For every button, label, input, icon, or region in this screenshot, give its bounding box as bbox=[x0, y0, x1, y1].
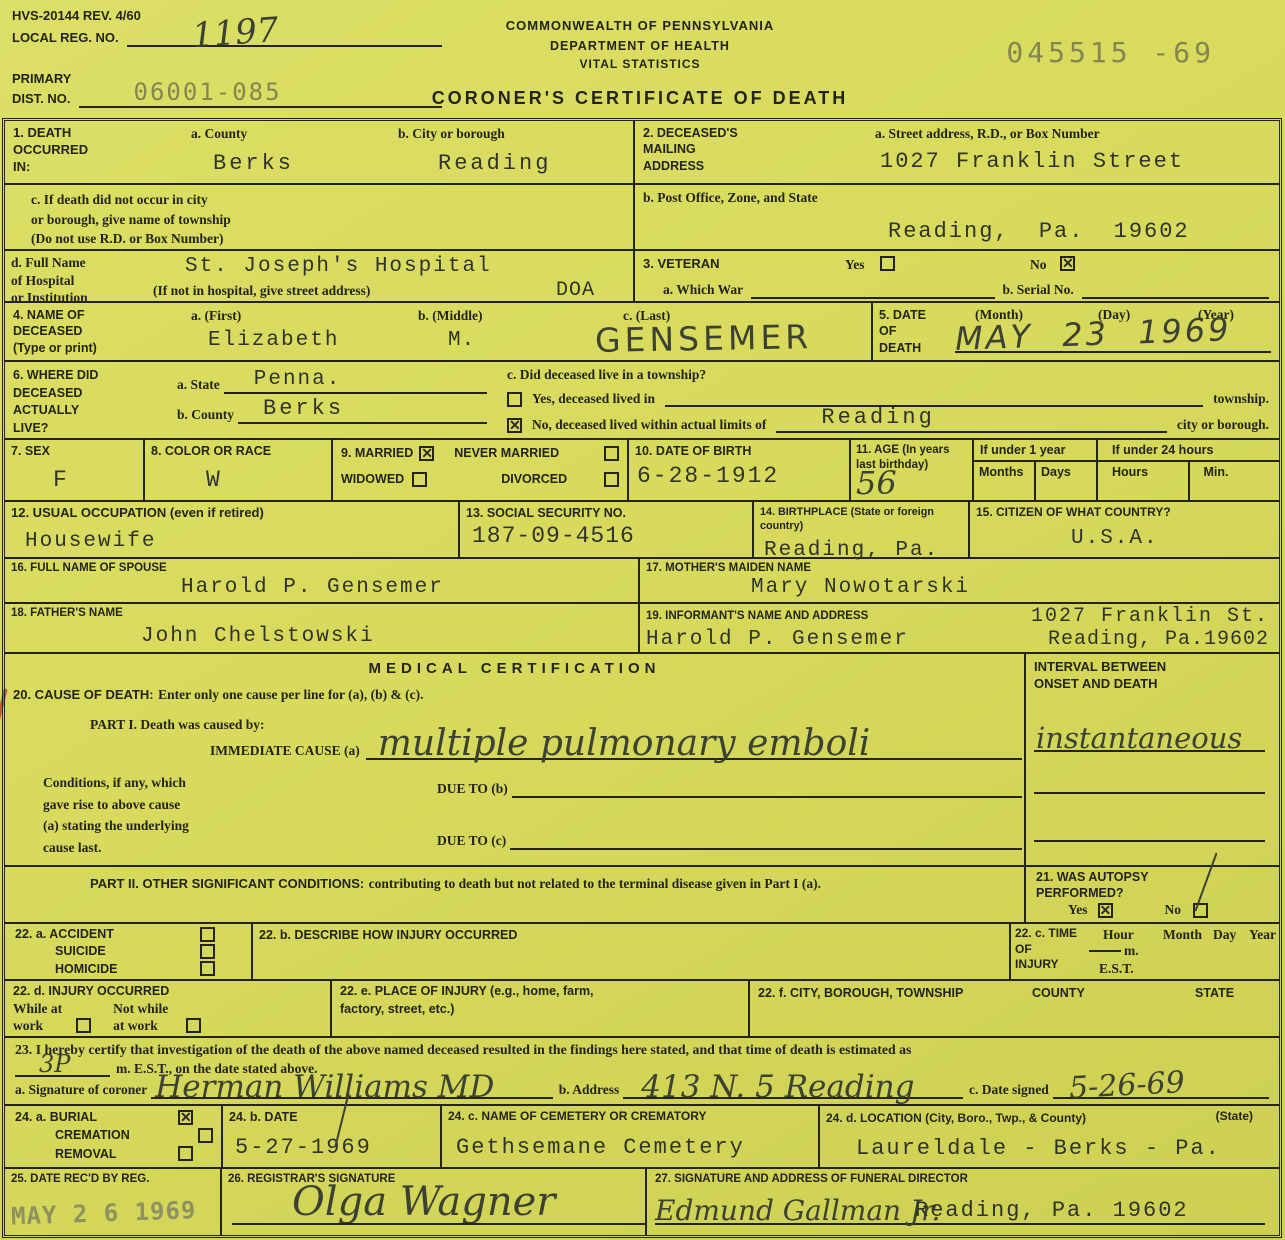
veteran-no-checkbox bbox=[1060, 256, 1075, 271]
city-value: Reading bbox=[438, 151, 633, 176]
funeral-director-label: 27. SIGNATURE AND ADDRESS OF FUNERAL DIR… bbox=[655, 1172, 1271, 1187]
accident-label: 22. a. ACCIDENT bbox=[15, 926, 114, 942]
box-22a-manner: 22. a. ACCIDENT SUICIDE HOMICIDE bbox=[5, 924, 253, 979]
veteran-label: 3. VETERAN bbox=[643, 256, 720, 271]
box1-county-col: a. County Berks bbox=[173, 121, 398, 183]
date-of-death-line bbox=[955, 351, 1271, 353]
box-10-date-of-birth: 10. DATE OF BIRTH 6-28-1912 bbox=[629, 440, 851, 500]
post-office-value: Reading, Pa. 19602 bbox=[888, 219, 1271, 244]
burial-label: 24. a. BURIAL bbox=[15, 1109, 97, 1125]
married-label: 9. MARRIED bbox=[341, 445, 413, 461]
row-22abc: 22. a. ACCIDENT SUICIDE HOMICIDE 22. b. … bbox=[5, 924, 1279, 981]
citizen-label: 15. CITIZEN OF WHAT COUNTRY? bbox=[976, 505, 1273, 521]
row-medical-certification: MEDICAL CERTIFICATION 20. CAUSE OF DEATH… bbox=[5, 654, 1279, 867]
race-label: 8. COLOR OR RACE bbox=[151, 443, 325, 459]
org-line-3: VITAL STATISTICS bbox=[400, 57, 880, 73]
autopsy-yes-checkbox bbox=[1098, 903, 1113, 918]
box-17-mother: 17. MOTHER'S MAIDEN NAME Mary Nowotarski bbox=[640, 559, 1279, 602]
hours-label: Hours bbox=[1098, 462, 1190, 500]
removal-line: REMOVAL bbox=[55, 1146, 193, 1162]
row-name-date-of-death: 4. NAME OF DECEASED (Type or print) a. (… bbox=[5, 303, 1279, 362]
box-under-24-hours: If under 24 hours Hours Min. bbox=[1098, 440, 1279, 500]
burial-date-label: 24. b. DATE bbox=[229, 1109, 434, 1125]
burial-checkbox bbox=[178, 1110, 193, 1125]
box-24d-location: 24. d. LOCATION (City, Boro., Twp., & Co… bbox=[820, 1106, 1279, 1167]
widowed-label: WIDOWED bbox=[341, 471, 404, 487]
row-22def: 22. d. INJURY OCCURRED While at work Not… bbox=[5, 981, 1279, 1038]
serial-no-label: b. Serial No. bbox=[1003, 281, 1074, 299]
box-5-date-of-death: 5. DATE OF DEATH (Month) (Day) (Year) MA… bbox=[873, 303, 1279, 360]
cemetery-label: 24. c. NAME OF CEMETERY OR CREMATORY bbox=[448, 1109, 812, 1125]
not-while-at-work-checkbox bbox=[186, 1018, 201, 1033]
row-death-occurred: 1. DEATH OCCURRED IN: a. County Berks b.… bbox=[5, 121, 1279, 303]
document-title: CORONER'S CERTIFICATE OF DEATH bbox=[400, 87, 880, 110]
homicide-line: HOMICIDE bbox=[55, 961, 215, 977]
year-col-label: Year bbox=[1249, 926, 1276, 944]
date-received-label: 25. DATE REC'D BY REG. bbox=[11, 1172, 214, 1187]
certify-time-line: 3P bbox=[15, 1063, 110, 1077]
box4-label: 4. NAME OF DECEASED (Type or print) bbox=[5, 303, 173, 360]
interval-label: INTERVAL BETWEEN ONSET AND DEATH bbox=[1034, 659, 1271, 693]
box-24c-cemetery: 24. c. NAME OF CEMETERY OR CREMATORY Get… bbox=[442, 1106, 820, 1167]
cremation-label: CREMATION bbox=[55, 1127, 130, 1143]
married-checkbox bbox=[419, 446, 434, 461]
cremation-checkbox bbox=[198, 1128, 213, 1143]
box-24b-date: 24. b. DATE 5-27-1969 bbox=[223, 1106, 442, 1167]
dist-no-row: DIST. NO. 06001-085 bbox=[12, 90, 442, 108]
time-of-injury-label: 22. c. TIME OF INJURY bbox=[1015, 926, 1077, 973]
informant-address-line2: Reading, Pa.19602 bbox=[1048, 628, 1269, 651]
due-to-b-row: DUE TO (b) bbox=[437, 780, 1022, 798]
due-to-b-label: DUE TO (b) bbox=[437, 780, 508, 798]
registrar-signature-line bbox=[232, 1223, 645, 1225]
box-1-death-occurred-in: 1. DEATH OCCURRED IN: a. County Berks b.… bbox=[5, 121, 635, 301]
header-center: COMMONWEALTH OF PENNSYLVANIA DEPARTMENT … bbox=[400, 18, 880, 110]
middle-name-col: b. (Middle) M. bbox=[418, 303, 593, 360]
dob-label: 10. DATE OF BIRTH bbox=[635, 443, 843, 459]
state-value: Penna. bbox=[254, 368, 342, 391]
coroner-address-label: b. Address bbox=[559, 1081, 620, 1099]
box1-county-city-row: 1. DEATH OCCURRED IN: a. County Berks b.… bbox=[5, 121, 633, 183]
citizen-value: U.S.A. bbox=[1071, 527, 1273, 550]
township-no-label: No, deceased lived within actual limits … bbox=[532, 416, 766, 434]
under-24-hours-label: If under 24 hours bbox=[1098, 440, 1279, 462]
widowed-checkbox bbox=[412, 472, 427, 487]
box2-post-row: b. Post Office, Zone, and State Reading,… bbox=[635, 183, 1279, 249]
coroner-address-line: 413 N. 5 Reading bbox=[623, 1083, 963, 1099]
divorced-label: DIVORCED bbox=[501, 471, 567, 487]
registrar-signature-handwritten: Olga Wagner bbox=[292, 1179, 555, 1225]
sex-label: 7. SEX bbox=[11, 443, 137, 459]
row-24-burial: 24. a. BURIAL CREMATION REMOVAL 24. b. D… bbox=[5, 1106, 1279, 1169]
box2-street-col: a. Street address, R.D., or Box Number 1… bbox=[800, 121, 1279, 183]
min-label: Min. bbox=[1190, 462, 1280, 500]
location-value: Laureldale - Berks - Pa. bbox=[856, 1136, 1273, 1161]
ssn-label: 13. SOCIAL SECURITY NO. bbox=[466, 505, 746, 521]
accident-checkbox bbox=[200, 927, 215, 942]
marital-row-2: WIDOWED DIVORCED bbox=[341, 471, 619, 487]
autopsy-no-label: No bbox=[1165, 901, 1182, 919]
while-at-work-checkbox bbox=[76, 1018, 91, 1033]
coroner-signature-handwritten: Herman Williams MD bbox=[155, 1069, 494, 1105]
immediate-cause-row: IMMEDIATE CAUSE (a) multiple pulmonary e… bbox=[210, 740, 1022, 760]
header-left: HVS-20144 REV. 4/60 LOCAL REG. NO. 1197 … bbox=[12, 8, 442, 108]
box6-county-label: b. County bbox=[177, 406, 234, 424]
box-6-where-lived: 6. WHERE DID DECEASED ACTUALLY LIVE? a. … bbox=[5, 362, 1279, 438]
while-at-work-label: While at work bbox=[13, 1001, 62, 1035]
state-row: a. State Penna. bbox=[177, 376, 487, 394]
box-25-date-received: 25. DATE REC'D BY REG. MAY 2 6 1969 bbox=[5, 1169, 222, 1235]
box-11-age: 11. AGE (In years last birthday) 56 bbox=[851, 440, 974, 500]
immediate-cause-line: multiple pulmonary emboli bbox=[366, 740, 1022, 760]
coroner-signature-row: a. Signature of coroner Herman Williams … bbox=[15, 1081, 1269, 1101]
interval-line-1: instantaneous bbox=[1034, 730, 1265, 752]
box1-city-col: b. City or borough Reading bbox=[398, 121, 633, 183]
box-22b-how-injury: 22. b. DESCRIBE HOW INJURY OCCURRED bbox=[253, 924, 1011, 979]
cause-of-death-note: Enter only one cause per line for (a), (… bbox=[158, 687, 423, 702]
box1-township-note-row: c. If death did not occur in city or bor… bbox=[5, 183, 633, 249]
conditions-note: Conditions, if any, which gave rise to a… bbox=[43, 772, 189, 858]
due-to-c-label: DUE TO (c) bbox=[437, 832, 506, 850]
box2-label: 2. DECEASED'S MAILING ADDRESS bbox=[635, 121, 800, 183]
state-col-label: STATE bbox=[1195, 985, 1234, 1001]
row-father-informant: 18. FATHER'S NAME John Chelstowski 19. I… bbox=[5, 604, 1279, 654]
race-value: W bbox=[206, 467, 325, 493]
box3-veteran-row: 3. VETERAN Yes No a. Which War b. Serial… bbox=[635, 249, 1279, 303]
state-label: a. State bbox=[177, 376, 220, 394]
box-13-ssn: 13. SOCIAL SECURITY NO. 187-09-4516 bbox=[460, 502, 754, 557]
box6-county-value: Berks bbox=[263, 396, 344, 421]
township-suffix: township. bbox=[1213, 390, 1269, 408]
father-value: John Chelstowski bbox=[141, 625, 632, 648]
township-no-value: Reading bbox=[821, 405, 934, 430]
county-label: a. County bbox=[191, 125, 398, 143]
box1-label: 1. DEATH OCCURRED IN: bbox=[5, 121, 173, 183]
county-value: Berks bbox=[213, 151, 398, 176]
immediate-cause-label: IMMEDIATE CAUSE (a) bbox=[210, 742, 360, 760]
injury-occurred-label: 22. d. INJURY OCCURRED bbox=[13, 983, 322, 999]
month-col-label: Month bbox=[1163, 926, 1202, 944]
box-4-name-of-deceased: 4. NAME OF DECEASED (Type or print) a. (… bbox=[5, 303, 873, 360]
marital-row-1: 9. MARRIED NEVER MARRIED bbox=[341, 445, 619, 461]
immediate-cause-handwritten: multiple pulmonary emboli bbox=[378, 723, 871, 764]
sex-value: F bbox=[53, 467, 137, 493]
form-body: 1. DEATH OCCURRED IN: a. County Berks b.… bbox=[2, 118, 1282, 1238]
part1-label: PART I. Death was caused by: bbox=[90, 716, 265, 734]
interval-line-2 bbox=[1034, 792, 1265, 794]
not-while-at-work-label: Not while at work bbox=[113, 1001, 168, 1035]
first-name-label: a. (First) bbox=[191, 307, 418, 325]
local-reg-line: 1197 bbox=[127, 29, 442, 47]
ssn-value: 187-09-4516 bbox=[472, 523, 746, 549]
removal-checkbox bbox=[178, 1146, 193, 1161]
est-label: E.S.T. bbox=[1099, 960, 1134, 978]
local-reg-row: LOCAL REG. NO. 1197 bbox=[12, 29, 442, 47]
row-part2-autopsy: PART II. OTHER SIGNIFICANT CONDITIONS: c… bbox=[5, 867, 1279, 924]
local-reg-label: LOCAL REG. NO. bbox=[12, 30, 119, 47]
death-certificate-document: HVS-20144 REV. 4/60 LOCAL REG. NO. 1197 … bbox=[0, 0, 1285, 1240]
box-22f-city-county-state: 22. f. CITY, BOROUGH, TOWNSHIP COUNTY ST… bbox=[750, 981, 1279, 1036]
box1-hospital-row: d. Full Name of Hospital or Institution … bbox=[5, 249, 633, 303]
state-line: Penna. bbox=[224, 376, 487, 394]
day-col-label: Day bbox=[1213, 926, 1236, 944]
accident-line: 22. a. ACCIDENT bbox=[15, 926, 215, 942]
part2-conditions: PART II. OTHER SIGNIFICANT CONDITIONS: c… bbox=[5, 867, 1026, 922]
homicide-label: HOMICIDE bbox=[55, 961, 118, 977]
coroner-signature-label: a. Signature of coroner bbox=[15, 1081, 147, 1099]
township-no-checkbox bbox=[507, 418, 522, 433]
city-suffix: city or borough. bbox=[1177, 416, 1269, 434]
interval-value-handwritten: instantaneous bbox=[1036, 721, 1242, 755]
veteran-no-label: No bbox=[1030, 256, 1047, 274]
post-office-label: b. Post Office, Zone, and State bbox=[643, 189, 1271, 207]
burial-line: 24. a. BURIAL bbox=[15, 1109, 193, 1125]
hospital-value: St. Joseph's Hospital bbox=[185, 255, 492, 278]
under-24-hours-cols: Hours Min. bbox=[1098, 462, 1279, 500]
row-where-lived: 6. WHERE DID DECEASED ACTUALLY LIVE? a. … bbox=[5, 362, 1279, 440]
autopsy-answer-row: Yes No bbox=[1068, 901, 1269, 919]
hospital-note: (If not in hospital, give street address… bbox=[153, 282, 370, 300]
months-label: Months bbox=[974, 462, 1036, 500]
row-25-27-registration: 25. DATE REC'D BY REG. MAY 2 6 1969 26. … bbox=[5, 1169, 1279, 1235]
injury-occurred-options: While at work Not while at work bbox=[13, 1001, 322, 1035]
place-of-injury-label: 22. e. PLACE OF INJURY (e.g., home, farm… bbox=[340, 983, 740, 1018]
days-label: Days bbox=[1036, 462, 1096, 500]
local-reg-number-handwritten: 1197 bbox=[190, 10, 279, 56]
which-war-line bbox=[751, 285, 994, 299]
box-19-informant: 19. INFORMANT'S NAME AND ADDRESS 1027 Fr… bbox=[640, 604, 1279, 652]
serial-no-line bbox=[1082, 285, 1269, 299]
box-14-birthplace: 14. BIRTHPLACE (State or foreign country… bbox=[754, 502, 970, 557]
city-borough-township-label: 22. f. CITY, BOROUGH, TOWNSHIP bbox=[758, 985, 963, 1001]
box-21-autopsy: 21. WAS AUTOPSY PERFORMED? Yes No bbox=[1026, 867, 1279, 922]
box-22d-injury-occurred: 22. d. INJURY OCCURRED While at work Not… bbox=[5, 981, 332, 1036]
box6-state-county-col: a. State Penna. b. County Berks bbox=[177, 362, 497, 438]
informant-name-value: Harold P. Gensemer bbox=[646, 628, 909, 651]
coroner-signature-line: Herman Williams MD bbox=[151, 1083, 552, 1099]
doa-value: DOA bbox=[556, 279, 595, 302]
suicide-line: SUICIDE bbox=[55, 943, 215, 959]
middle-name-label: b. (Middle) bbox=[418, 307, 593, 325]
city-label: b. City or borough bbox=[398, 125, 633, 143]
last-name-handwritten: GENSEMER bbox=[595, 317, 813, 360]
box-interval-onset-death: INTERVAL BETWEEN ONSET AND DEATH instant… bbox=[1026, 654, 1279, 865]
township-no-row: No, deceased lived within actual limits … bbox=[507, 413, 1269, 433]
suicide-checkbox bbox=[200, 944, 215, 959]
dist-no-line: 06001-085 bbox=[79, 90, 442, 108]
hospital-label: d. Full Name of Hospital or Institution bbox=[11, 254, 161, 307]
box-8-color-race: 8. COLOR OR RACE W bbox=[145, 440, 333, 500]
divorced-checkbox bbox=[604, 472, 619, 487]
box-22e-place-of-injury: 22. e. PLACE OF INJURY (e.g., home, farm… bbox=[332, 981, 750, 1036]
under-1-year-cols: Months Days bbox=[974, 462, 1096, 500]
never-married-label: NEVER MARRIED bbox=[454, 445, 559, 461]
cemetery-value: Gethsemane Cemetery bbox=[456, 1135, 812, 1160]
box-2-3-container: 2. DECEASED'S MAILING ADDRESS a. Street … bbox=[635, 121, 1279, 301]
row-spouse-mother: 16. FULL NAME OF SPOUSE Harold P. Gensem… bbox=[5, 559, 1279, 604]
autopsy-label: 21. WAS AUTOPSY PERFORMED? bbox=[1034, 869, 1271, 902]
burial-date-value: 5-27-1969 bbox=[235, 1135, 434, 1160]
which-war-label: a. Which War bbox=[663, 281, 743, 299]
interval-line-3 bbox=[1034, 840, 1265, 842]
middle-name-value: M. bbox=[448, 329, 593, 352]
box-under-1-year: If under 1 year Months Days bbox=[974, 440, 1098, 500]
part2-label: PART II. OTHER SIGNIFICANT CONDITIONS: bbox=[90, 876, 364, 891]
form-header: HVS-20144 REV. 4/60 LOCAL REG. NO. 1197 … bbox=[0, 0, 1285, 118]
county-row: b. County Berks bbox=[177, 406, 487, 424]
mother-value: Mary Nowotarski bbox=[751, 576, 1273, 599]
funeral-director-line: Edmund Gallman Jr. Reading, Pa. 19602 bbox=[655, 1191, 1265, 1225]
box2-street-row: 2. DECEASED'S MAILING ADDRESS a. Street … bbox=[635, 121, 1279, 183]
suicide-label: SUICIDE bbox=[55, 943, 106, 959]
date-signed-handwritten: 5-26-69 bbox=[1068, 1065, 1185, 1106]
serial-number-stamp: 045515 -69 bbox=[1006, 36, 1215, 69]
veteran-yes-checkbox bbox=[880, 256, 895, 271]
date-signed-line: 5-26-69 bbox=[1053, 1083, 1269, 1099]
mother-label: 17. MOTHER'S MAIDEN NAME bbox=[646, 561, 1273, 576]
cause-of-death-row: 20. CAUSE OF DEATH: Enter only one cause… bbox=[13, 686, 424, 704]
box6-township-col: c. Did deceased live in a township? Yes,… bbox=[497, 362, 1279, 438]
part2-note: contributing to death but not related to… bbox=[369, 876, 821, 891]
box-16-spouse: 16. FULL NAME OF SPOUSE Harold P. Gensem… bbox=[5, 559, 640, 602]
coroner-address-handwritten: 413 N. 5 Reading bbox=[641, 1069, 914, 1105]
which-war-row: a. Which War b. Serial No. bbox=[663, 281, 1269, 299]
box-23-certify: 23. I hereby certify that investigation … bbox=[5, 1038, 1279, 1104]
birthplace-label: 14. BIRTHPLACE (State or foreign country… bbox=[760, 505, 962, 533]
county-col-label: COUNTY bbox=[1032, 985, 1085, 1001]
time-line bbox=[1089, 938, 1121, 952]
box-7-sex: 7. SEX F bbox=[5, 440, 145, 500]
certify-text: 23. I hereby certify that investigation … bbox=[15, 1041, 1269, 1059]
m-label: m. bbox=[1124, 942, 1139, 960]
first-name-value: Elizabeth bbox=[208, 329, 418, 352]
funeral-director-signature-handwritten: Edmund Gallman Jr. bbox=[655, 1194, 940, 1227]
medical-certification-title: MEDICAL CERTIFICATION bbox=[5, 660, 1024, 677]
org-line-2: DEPARTMENT OF HEALTH bbox=[400, 38, 880, 54]
dob-value: 6-28-1912 bbox=[637, 463, 843, 489]
occupation-value: Housewife bbox=[25, 530, 452, 553]
box-27-funeral-director: 27. SIGNATURE AND ADDRESS OF FUNERAL DIR… bbox=[647, 1169, 1279, 1235]
dist-no-label: DIST. NO. bbox=[12, 91, 71, 108]
spouse-value: Harold P. Gensemer bbox=[181, 576, 632, 599]
street-label: a. Street address, R.D., or Box Number bbox=[875, 125, 1279, 143]
box-15-citizen: 15. CITIZEN OF WHAT COUNTRY? U.S.A. bbox=[970, 502, 1279, 557]
township-yes-label: Yes, deceased lived in bbox=[532, 390, 655, 408]
date-received-stamp: MAY 2 6 1969 bbox=[11, 1195, 215, 1230]
informant-value-row: Harold P. Gensemer Reading, Pa.19602 bbox=[646, 628, 1273, 651]
spouse-label: 16. FULL NAME OF SPOUSE bbox=[11, 561, 632, 576]
box-22c-time-of-injury: 22. c. TIME OF INJURY Hour Month Day Yea… bbox=[1011, 924, 1279, 979]
father-label: 18. FATHER'S NAME bbox=[11, 606, 632, 621]
informant-address-line1: 1027 Franklin St. bbox=[1031, 605, 1269, 628]
funeral-director-typed-value: Reading, Pa. 19602 bbox=[915, 1198, 1189, 1223]
row-occupation-ssn: 12. USUAL OCCUPATION (even if retired) H… bbox=[5, 502, 1279, 559]
due-to-b-line bbox=[512, 784, 1022, 798]
township-note: c. If death did not occur in city or bor… bbox=[31, 190, 627, 249]
location-label: 24. d. LOCATION (City, Boro., Twp., & Co… bbox=[826, 1111, 1086, 1125]
box-26-registrar-signature: 26. REGISTRAR'S SIGNATURE Olga Wagner bbox=[222, 1169, 647, 1235]
last-name-col: c. (Last) GENSEMER bbox=[593, 303, 871, 360]
row-23-certification: 23. I hereby certify that investigation … bbox=[5, 1038, 1279, 1106]
never-married-checkbox bbox=[604, 446, 619, 461]
cause-of-death-label: 20. CAUSE OF DEATH: bbox=[13, 687, 154, 702]
box5-value-area: (Month) (Day) (Year) MAY 23 1969 bbox=[953, 303, 1279, 360]
first-name-col: a. (First) Elizabeth bbox=[173, 303, 418, 360]
box-12-occupation: 12. USUAL OCCUPATION (even if retired) H… bbox=[5, 502, 460, 557]
box6-county-line: Berks bbox=[238, 406, 487, 424]
street-value: 1027 Franklin Street bbox=[880, 149, 1279, 174]
age-value-handwritten: 56 bbox=[856, 464, 897, 502]
box6-label: 6. WHERE DID DECEASED ACTUALLY LIVE? bbox=[5, 362, 177, 438]
homicide-checkbox bbox=[200, 961, 215, 976]
box-18-father: 18. FATHER'S NAME John Chelstowski bbox=[5, 604, 640, 652]
org-line-1: COMMONWEALTH OF PENNSYLVANIA bbox=[400, 18, 880, 35]
box5-label: 5. DATE OF DEATH bbox=[873, 303, 953, 360]
due-to-c-row: DUE TO (c) bbox=[437, 832, 1022, 850]
township-no-line: Reading bbox=[776, 413, 1166, 433]
box-20-cause-of-death: MEDICAL CERTIFICATION 20. CAUSE OF DEATH… bbox=[5, 654, 1026, 865]
certify-time-handwritten: 3P bbox=[39, 1050, 70, 1078]
township-yes-checkbox bbox=[507, 392, 522, 407]
how-injury-label: 22. b. DESCRIBE HOW INJURY OCCURRED bbox=[259, 927, 1003, 943]
row-sex-race-marital: 7. SEX F 8. COLOR OR RACE W 9. MARRIED N… bbox=[5, 440, 1279, 502]
removal-label: REMOVAL bbox=[55, 1146, 117, 1162]
informant-label: 19. INFORMANT'S NAME AND ADDRESS bbox=[646, 610, 868, 622]
due-to-c-line bbox=[510, 836, 1022, 850]
veteran-yes-label: Yes bbox=[845, 256, 865, 274]
date-signed-label: c. Date signed bbox=[969, 1081, 1049, 1099]
township-question: c. Did deceased live in a township? bbox=[507, 366, 1269, 384]
autopsy-yes-label: Yes bbox=[1068, 901, 1088, 919]
box-24a-disposition: 24. a. BURIAL CREMATION REMOVAL bbox=[5, 1106, 223, 1167]
dist-number-stamp: 06001-085 bbox=[134, 78, 282, 106]
occupation-label: 12. USUAL OCCUPATION (even if retired) bbox=[11, 505, 452, 522]
under-1-year-label: If under 1 year bbox=[974, 440, 1096, 462]
box-9-marital-status: 9. MARRIED NEVER MARRIED WIDOWED DIVORCE… bbox=[333, 440, 629, 500]
cremation-line: CREMATION bbox=[55, 1127, 213, 1143]
location-state-label: (State) bbox=[1216, 1109, 1253, 1125]
